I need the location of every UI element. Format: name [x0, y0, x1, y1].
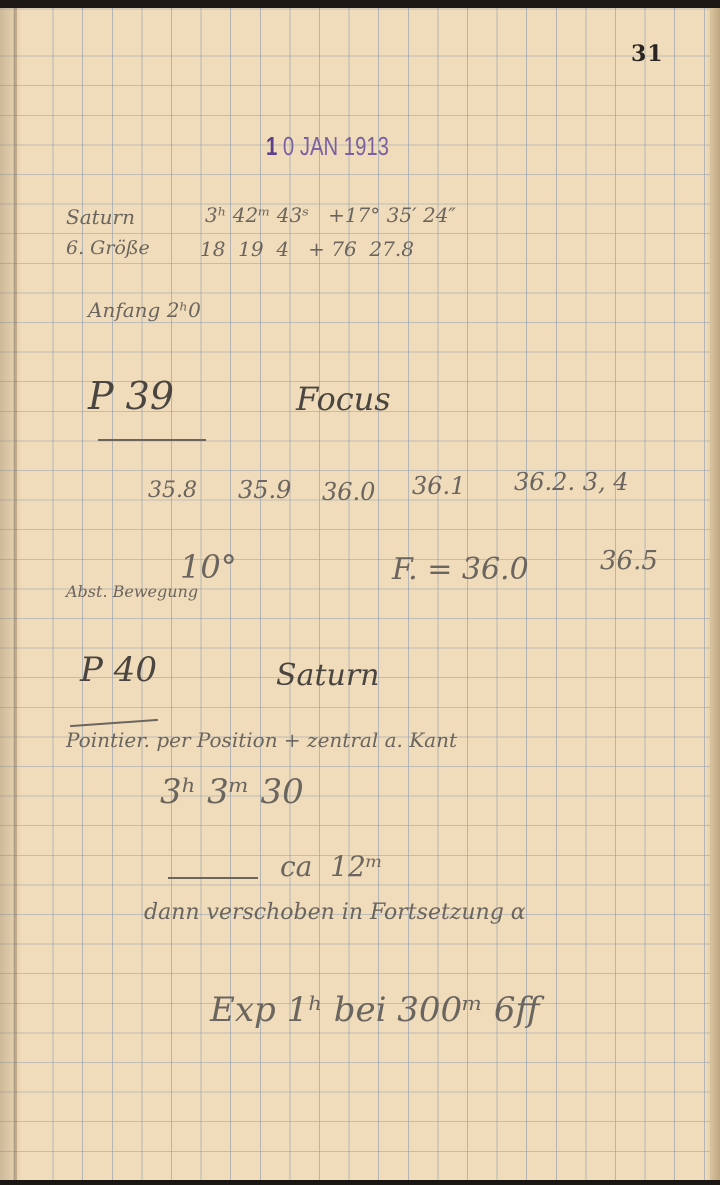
time-dash [168, 877, 258, 879]
focus-reading-1: 35.8 [148, 478, 197, 503]
motion-note: dann verschoben in Fortsetzung α [144, 900, 526, 925]
stamp-date-rest: 0 JAN 1913 [283, 131, 389, 161]
exposure-start-time: 3ʰ 3ᵐ 30 [160, 772, 304, 812]
page-gutter [14, 8, 17, 1180]
plate-39-label: P 39 [88, 374, 174, 418]
focus-reading-3: 36.0 [322, 478, 375, 506]
focus-reading-5: 36.2. 3, 4 [514, 468, 629, 496]
temperature-note: Abst. Bewegung [66, 582, 198, 601]
focus-alternate: 36.5 [600, 546, 658, 576]
star-label: 6. Größe [66, 237, 150, 259]
pointing-note: Pointier. per Position + zentral a. Kant [66, 728, 457, 752]
plate-39-title: Focus [296, 380, 391, 418]
page-edge [710, 8, 720, 1180]
saturn-label: Saturn [66, 205, 135, 229]
stamp-day-digit: 1 [266, 131, 277, 161]
date-stamp: 1 0 JAN 1913 [266, 131, 389, 162]
focus-result: F. = 36.0 [392, 552, 529, 587]
start-time: Anfang 2ʰ0 [88, 298, 201, 322]
exposure-note: Exp 1ʰ bei 300ᵐ 6ff [210, 990, 540, 1030]
star-coordinates: 18 19 4 + 76 27.8 [200, 237, 414, 261]
plate-40-label: P 40 [80, 650, 157, 690]
time-offset: ca 12ᵐ [280, 850, 383, 883]
plate-40-title: Saturn [276, 658, 379, 693]
temperature: 10° [180, 548, 237, 586]
plate-39-underline [98, 439, 206, 441]
page-number: 31 [631, 41, 664, 67]
saturn-coordinates: 3ʰ 42ᵐ 43ˢ +17° 35′ 24″ [205, 203, 456, 227]
focus-reading-4: 36.1 [412, 472, 465, 500]
focus-reading-2: 35.9 [238, 476, 291, 504]
